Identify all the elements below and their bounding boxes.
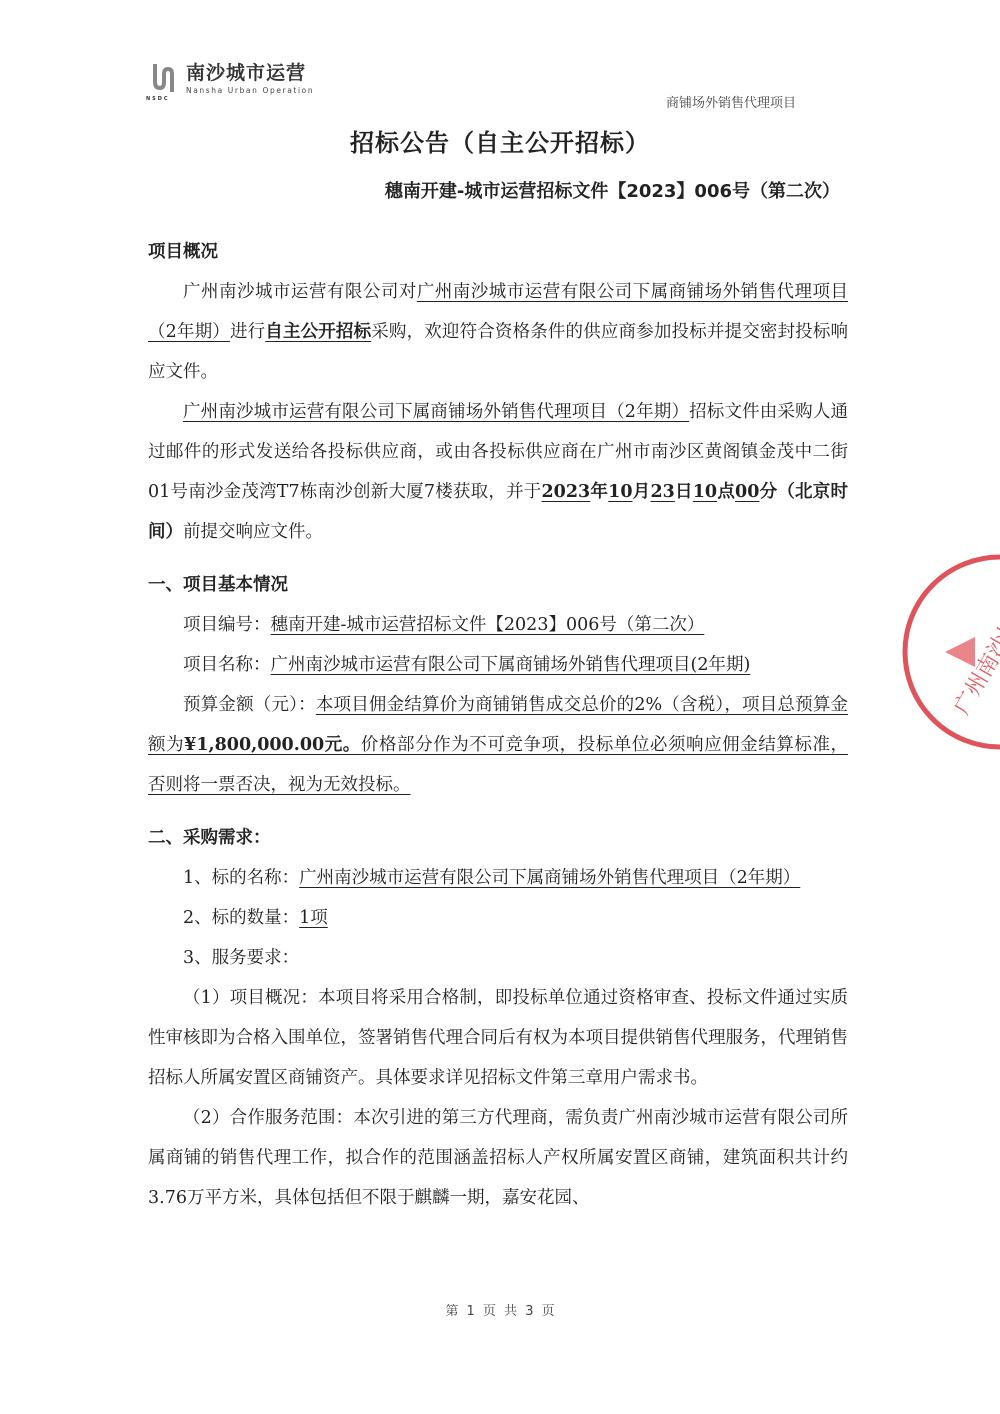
- label: 1、标的名称：: [183, 868, 299, 888]
- logo-abbrev: NSDC: [146, 96, 170, 102]
- deadline-month: 10: [608, 482, 632, 502]
- label: 2、标的数量：: [183, 908, 299, 928]
- deadline-day: 23: [650, 482, 674, 502]
- text: 点: [717, 482, 735, 502]
- project-number: 穗南开建-城市运营招标文件【2023】006号（第二次）: [271, 615, 705, 635]
- budget-amount: ¥1,800,000.00元。: [184, 735, 361, 755]
- budget-row: 预算金额（元）：本项目佣金结算价为商铺销售成交总价的2%（含税），项目总预算金额…: [148, 685, 848, 805]
- project-number-row: 项目编号：穗南开建-城市运营招标文件【2023】006号（第二次）: [148, 605, 848, 645]
- project-name-row: 项目名称：广州南沙城市运营有限公司下属商铺场外销售代理项目(2年期): [148, 645, 848, 685]
- document-body: 项目概况 广州南沙城市运营有限公司对广州南沙城市运营有限公司下属商铺场外销售代理…: [148, 232, 848, 1218]
- text: 年: [590, 482, 608, 502]
- overview-heading: 项目概况: [148, 232, 848, 272]
- logo-name-cn: 南沙城市运营: [186, 62, 314, 84]
- company-logo: NSDC 南沙城市运营 Nansha Urban Operation: [150, 62, 314, 100]
- section1-heading: 一、项目基本情况: [148, 565, 848, 605]
- text: 分: [759, 482, 777, 502]
- logo-mark-icon: NSDC: [150, 62, 180, 100]
- service-req-row: 3、服务要求：: [148, 938, 848, 978]
- label: 预算金额（元）：: [183, 695, 316, 715]
- section2-heading: 二、采购需求：: [148, 818, 848, 858]
- header-project-label: 商铺场外销售代理项目: [666, 92, 796, 111]
- label: 项目名称：: [183, 655, 271, 675]
- logo-name-en: Nansha Urban Operation: [186, 86, 314, 95]
- label: 项目编号：: [183, 615, 271, 635]
- project-name-link: 广州南沙城市运营有限公司下属商铺场外销售代理项目（2年期）: [183, 402, 689, 422]
- item-name: 广州南沙城市运营有限公司下属商铺场外销售代理项目（2年期）: [299, 868, 800, 888]
- text: 日: [675, 482, 693, 502]
- text: 月: [633, 482, 651, 502]
- item-quantity: 1项: [299, 908, 328, 928]
- document-number: 穗南开建-城市运营招标文件【2023】006号（第二次）: [385, 177, 840, 203]
- page-number: 第 1 页 共 3 页: [0, 1300, 1000, 1319]
- overview-paragraph-1: 广州南沙城市运营有限公司对广州南沙城市运营有限公司下属商铺场外销售代理项目（2年…: [148, 272, 848, 392]
- deadline-minute: 00: [735, 482, 759, 502]
- procurement-method: 自主公开招标: [265, 322, 371, 342]
- page-title: 招标公告（自主公开招标）: [0, 123, 1000, 158]
- text: 前提交响应文件。: [183, 522, 323, 542]
- text: 进行: [230, 322, 265, 342]
- text: 广州南沙城市运营有限公司对: [183, 282, 417, 302]
- company-seal-icon: 广州南沙城市: [900, 552, 1000, 752]
- deadline-year: 2023: [542, 482, 591, 502]
- label: 3、服务要求：: [183, 948, 299, 968]
- project-name: 广州南沙城市运营有限公司下属商铺场外销售代理项目(2年期): [271, 655, 751, 675]
- service-overview: （1）项目概况：本项目将采用合格制，即投标单位通过资格审查、投标文件通过实质性审…: [148, 978, 848, 1098]
- deadline-hour: 10: [693, 482, 717, 502]
- service-scope: （2）合作服务范围：本次引进的第三方代理商，需负责广州南沙城市运营有限公司所属商…: [148, 1098, 848, 1218]
- item-quantity-row: 2、标的数量：1项: [148, 898, 848, 938]
- item-name-row: 1、标的名称：广州南沙城市运营有限公司下属商铺场外销售代理项目（2年期）: [148, 858, 848, 898]
- overview-paragraph-2: 广州南沙城市运营有限公司下属商铺场外销售代理项目（2年期）招标文件由采购人通过邮…: [148, 392, 848, 552]
